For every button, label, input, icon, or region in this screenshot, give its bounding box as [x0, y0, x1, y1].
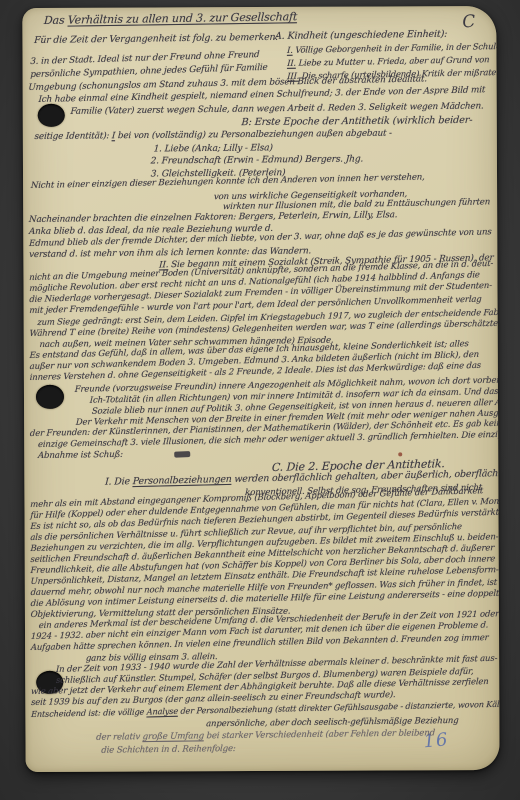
- manuscript-line: seitige Identität): I bei von (vollständ…: [34, 129, 392, 142]
- line-text: B: Erste Epoche der Antithetik (wirklich…: [241, 115, 473, 128]
- manuscript-text: Das Verhältnis zu allen und 3. zur Gesel…: [22, 6, 496, 8]
- manuscript-line: I. Völlige Geborgenheit in der Familie, …: [287, 41, 500, 55]
- underlined-text: Personalbeziehungen: [132, 474, 231, 487]
- manuscript-line: Nacheinander brachten die einzelnen Fakt…: [29, 210, 398, 225]
- manuscript-line: 2. Freundschaft (Erwin - Edmund) Bergers…: [150, 154, 363, 166]
- underlined-text: große Umfang: [142, 731, 204, 742]
- line-text: Liebe zu Mutter u. Frieda, aber auf Grun…: [296, 54, 490, 68]
- manuscript-line: B: Erste Epoche der Antithetik (wirklich…: [241, 115, 473, 128]
- paper-sheet: C 16 Das Verhältnis zu allen und 3. zur …: [0, 0, 520, 800]
- line-text: der relativ: [96, 732, 143, 743]
- line-text: die Schichten in d. Reihenfolge:: [101, 744, 236, 756]
- manuscript-line: 1. Liebe (Anka; Lilly - Elsa): [153, 143, 273, 154]
- ink-speck: [398, 452, 402, 456]
- corner-letter: C: [462, 12, 476, 33]
- manuscript-line: Abnahme ist Schuß:: [38, 450, 123, 461]
- line-text: bei starker Verschiedenheit (aber Fehlen…: [204, 728, 436, 741]
- line-text: Entscheidend ist: die völlige: [31, 706, 147, 719]
- underlined-text: Verhältnis zu allen und 3. zur Gesellsch…: [68, 10, 298, 26]
- underlined-text: Analyse: [146, 706, 178, 717]
- line-text: Für die Zeit der Vergangenheit ist folg.…: [34, 32, 279, 46]
- line-text: Völlige Geborgenheit in der Familie, in …: [293, 41, 500, 55]
- line-text: A. Kindheit (ungeschiedene Einheit):: [275, 29, 448, 42]
- manuscript-line: der relativ große Umfang bei starker Ver…: [96, 728, 435, 742]
- line-text: Abnahme ist Schuß:: [38, 450, 123, 461]
- manuscript-line: A. Kindheit (ungeschiedene Einheit):: [275, 29, 448, 42]
- punch-hole-icon: [38, 104, 65, 127]
- manuscript-line: die Schichten in d. Reihenfolge:: [101, 744, 236, 756]
- line-text: seitige Identität):: [34, 131, 112, 142]
- line-text: 2. Freundschaft (Erwin - Edmund) Bergers…: [150, 154, 363, 166]
- punch-hole-icon: [36, 385, 64, 409]
- line-text: I. Die: [105, 476, 133, 488]
- manuscript-line: II. Liebe zu Mutter u. Frieda, aber auf …: [287, 54, 490, 68]
- line-text: anpersönliche, aber doch seelisch-gefühl…: [206, 716, 459, 729]
- crossed-out-word: [174, 451, 190, 458]
- manuscript-line: Für die Zeit der Vergangenheit ist folg.…: [34, 32, 279, 46]
- paper: C 16 Das Verhältnis zu allen und 3. zur …: [22, 6, 499, 772]
- scanned-manuscript-page: C 16 Das Verhältnis zu allen und 3. zur …: [0, 0, 520, 800]
- line-text: 1. Liebe (Anka; Lilly - Elsa): [153, 143, 273, 154]
- line-text: Nacheinander brachten die einzelnen Fakt…: [29, 210, 398, 225]
- line-text: bei von (vollständig) zu Personalbeziehu…: [115, 129, 392, 142]
- manuscript-line: anpersönliche, aber doch seelisch-gefühl…: [206, 716, 459, 729]
- line-text: Das: [44, 14, 69, 27]
- manuscript-line: Das Verhältnis zu allen und 3. zur Gesel…: [44, 10, 298, 27]
